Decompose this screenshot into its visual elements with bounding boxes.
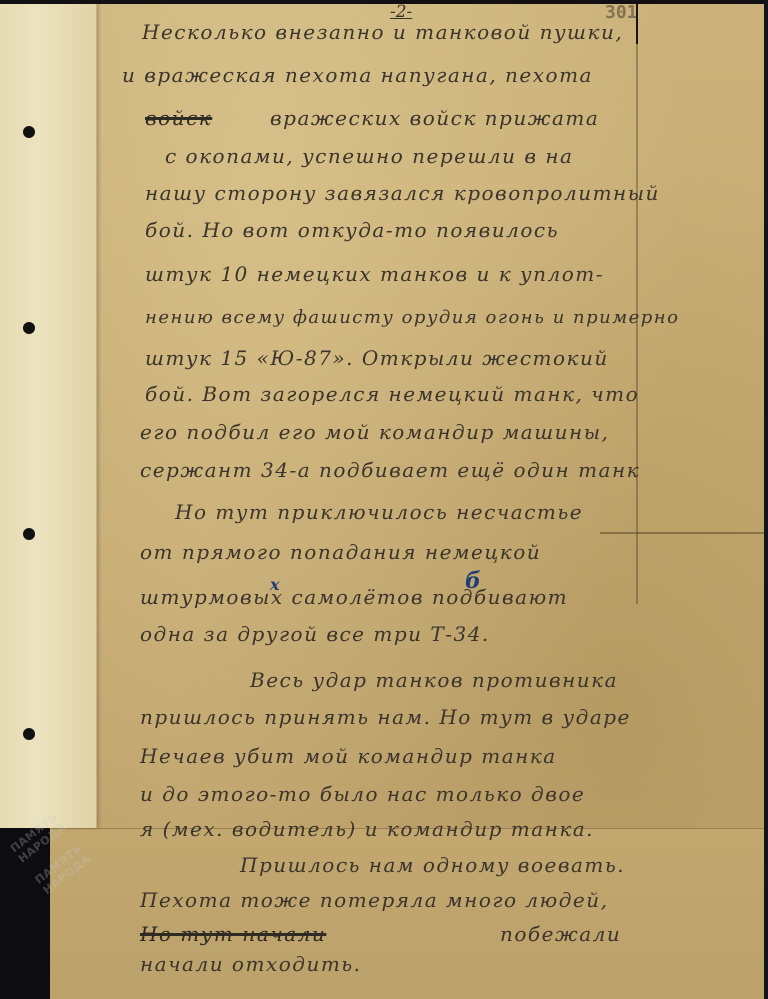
punch-hole-icon [23,528,35,540]
page-number: -2- [390,2,412,22]
text-line: пришлось принять нам. Но тут в ударе [140,705,631,729]
text-line: бой. Вот загорелся немецкий танк, что [145,382,639,406]
text-line: Но тут приключилось несчастье [175,500,583,524]
struck-out-word: войск [145,106,212,130]
blue-correction-mark: х [270,575,281,594]
text-line: Весь удар танков противника [250,668,618,692]
text-line: штурмовых самолётов подбивают [140,585,568,609]
text-line: и до этого-то было нас только двое [140,782,585,806]
text-line: штук 15 «Ю-87». Открыли жестокий [145,346,609,370]
text-line: сержант 34-а подбивает ещё один танк [140,458,640,482]
text-line: штук 10 немецких танков и к уплот- [145,262,604,286]
text-line: с окопами, успешно перешли в на [165,144,573,168]
text-line: Несколько внезапно и танковой пушки, [142,20,623,44]
text-line: Нечаев убит мой командир танка [140,744,557,768]
punch-hole-icon [23,126,35,138]
vertical-fold-crease [636,4,638,604]
text-line: нению всему фашисту орудия огонь и приме… [145,307,680,328]
struck-out-phrase: Но тут начали [140,922,326,946]
horizontal-fold-crease [600,532,764,534]
text-line: нашу сторону завязался кровопролитный [145,181,660,205]
text-line: я (мех. водитель) и командир танка. [140,817,594,841]
punch-hole-icon [23,728,35,740]
text-line: Пришлось нам одному воевать. [240,853,625,877]
binding-strip [0,4,97,828]
text-line: и вражеская пехота напугана, пехота [122,63,593,87]
text-line: одна за другой все три Т-34. [140,622,490,646]
text-line: бой. Но вот откуда-то появилось [145,218,559,242]
blue-correction-mark: б [465,568,482,594]
text-line: его подбил его мой командир машины, [140,420,609,444]
text-line: вражеских войск прижата [270,106,599,130]
text-line: от прямого попадания немецкой [140,540,541,564]
punch-hole-icon [23,322,35,334]
scan-right-edge [764,0,768,999]
text-line: побежали [500,922,621,946]
text-line: начали отходить. [140,952,362,976]
text-line: Пехота тоже потеряла много людей, [140,888,608,912]
